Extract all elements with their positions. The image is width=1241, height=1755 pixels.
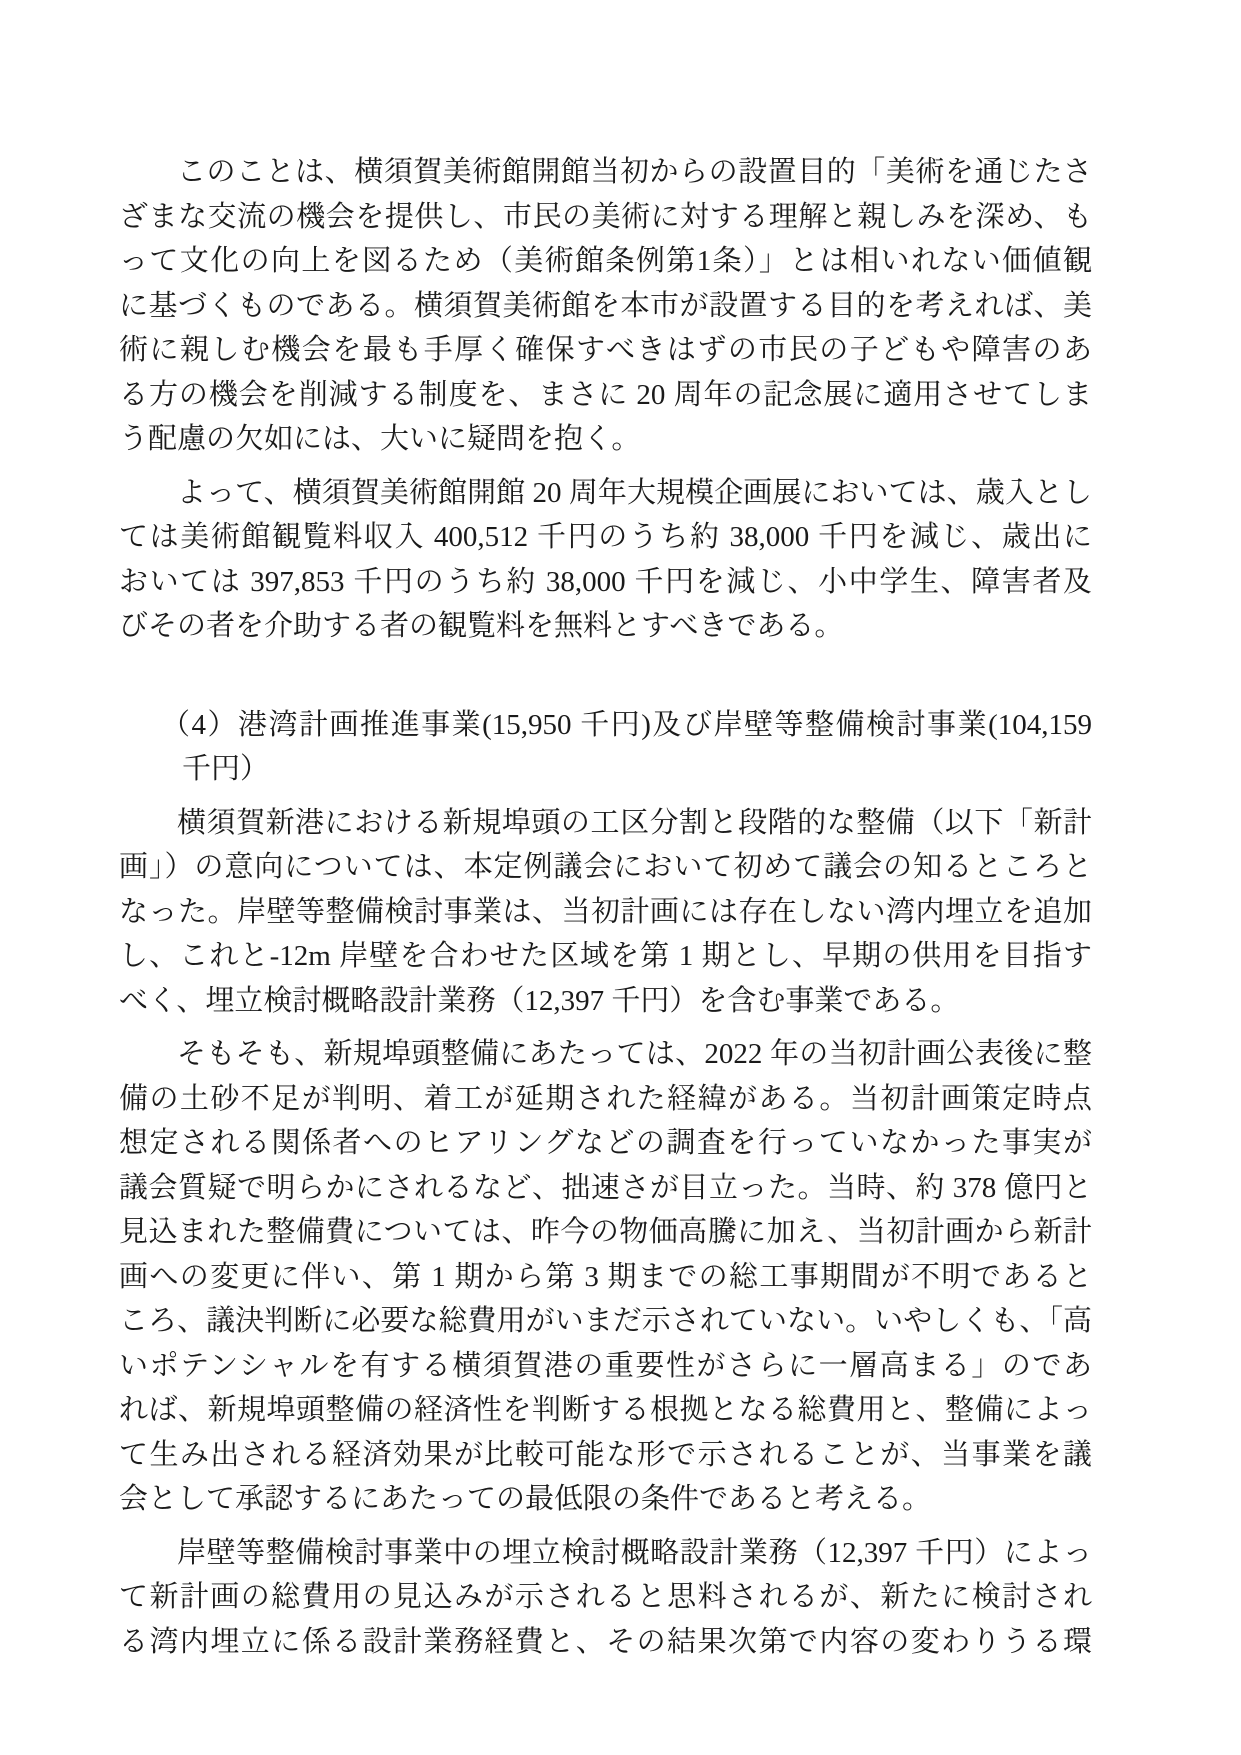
paragraph-design-work: 岸壁等整備検討事業中の埋立検討概略設計業務（12,397 千円）によっ て新計画… (119, 1531, 1092, 1665)
document-page: このことは、横須賀美術館開館当初からの設置目的「美術を通じたさま ざまな交流の機… (0, 0, 1241, 1755)
text-line: し、これと-12m 岸壁を合わせた区域を第 1 期とし、早期の供用を目指す (119, 934, 1092, 979)
text-line: ざまな交流の機会を提供し、市民の美術に対する理解と親しみを深め、も (119, 195, 1092, 240)
text-line: ては美術館観覧料収入 400,512 千円のうち約 38,000 千円を減じ、歳… (119, 515, 1092, 560)
text-line: に基づくものである。横須賀美術館を本市が設置する目的を考えれば、美 (119, 284, 1092, 329)
text-line: べく、埋立検討概略設計業務（12,397 千円）を含む事業である。 (119, 979, 1092, 1024)
text-line: びその者を介助する者の観覧料を無料とすべきである。 (119, 604, 1092, 649)
text-line: 術に親しむ機会を最も手厚く確保すべきはずの市民の子どもや障害のあ (119, 328, 1092, 373)
text-line: いポテンシャルを有する横須賀港の重要性がさらに一層高まる」のであ (119, 1344, 1092, 1389)
text-line: 画」）の意向については、本定例議会において初めて議会の知るところと (119, 845, 1092, 890)
text-line: そもそも、新規埠頭整備にあたっては、2022 年の当初計画公表後に整 (119, 1032, 1092, 1077)
text-line: て新計画の総費用の見込みが示されると思料されるが、新たに検討され (119, 1575, 1092, 1620)
text-line: 岸壁等整備検討事業中の埋立検討概略設計業務（12,397 千円）によっ (119, 1531, 1092, 1576)
text-line: よって、横須賀美術館開館 20 周年大規模企画展においては、歳入とし (119, 471, 1092, 516)
text-line: なった。岸壁等整備検討事業は、当初計画には存在しない湾内埋立を追加 (119, 890, 1092, 935)
text-line: う配慮の欠如には、大いに疑問を抱く。 (119, 417, 1092, 462)
text-line: このことは、横須賀美術館開館当初からの設置目的「美術を通じたさま (119, 150, 1092, 195)
text-line: 会として承認するにあたっての最低限の条件であると考える。 (119, 1477, 1092, 1522)
text-line: 横須賀新港における新規埠頭の工区分割と段階的な整備（以下「新計 (119, 801, 1092, 846)
text-line: て生み出される経済効果が比較可能な形で示されることが、当事業を議 (119, 1433, 1092, 1478)
text-line: ころ、議決判断に必要な総費用がいまだ示されていない。いやしくも、「高 (119, 1299, 1092, 1344)
text-line: れば、新規埠頭整備の経済性を判断する根拠となる総費用と、整備によっ (119, 1388, 1092, 1433)
text-line: 議会質疑で明らかにされるなど、拙速さが目立った。当時、約 378 億円と (119, 1166, 1092, 1211)
paragraph-museum-purpose: このことは、横須賀美術館開館当初からの設置目的「美術を通じたさま ざまな交流の機… (119, 150, 1092, 462)
paragraph-museum-conclusion: よって、横須賀美術館開館 20 周年大規模企画展においては、歳入とし ては美術館… (119, 471, 1092, 649)
text-line: る方の機会を削減する制度を、まさに 20 周年の記念展に適用させてしま (119, 373, 1092, 418)
paragraph-pier-history: そもそも、新規埠頭整備にあたっては、2022 年の当初計画公表後に整 備の土砂不… (119, 1032, 1092, 1522)
text-column: このことは、横須賀美術館開館当初からの設置目的「美術を通じたさま ざまな交流の機… (119, 150, 1092, 1673)
text-line: 想定される関係者へのヒアリングなどの調査を行っていなかった事実が (119, 1121, 1092, 1166)
text-line: 画への変更に伴い、第 1 期から第 3 期までの総工事期間が不明であると (119, 1255, 1092, 1300)
heading-line: 千円） (119, 747, 1092, 792)
section-heading-port-projects: （4）港湾計画推進事業(15,950 千円)及び岸壁等整備検討事業(104,15… (119, 703, 1092, 792)
heading-line: （4）港湾計画推進事業(15,950 千円)及び岸壁等整備検討事業(104,15… (119, 703, 1092, 748)
paragraph-new-port-plan: 横須賀新港における新規埠頭の工区分割と段階的な整備（以下「新計 画」）の意向につ… (119, 801, 1092, 1024)
text-line: おいては 397,853 千円のうち約 38,000 千円を減じ、小中学生、障害… (119, 560, 1092, 605)
text-line: 見込まれた整備費については、昨今の物価高騰に加え、当初計画から新計 (119, 1210, 1092, 1255)
text-line: る湾内埋立に係る設計業務経費と、その結果次第で内容の変わりうる環 (119, 1620, 1092, 1665)
text-line: って文化の向上を図るため（美術館条例第1条）」とは相いれない価値観 (119, 239, 1092, 284)
text-line: 備の土砂不足が判明、着工が延期された経緯がある。当初計画策定時点で、 (119, 1077, 1092, 1122)
